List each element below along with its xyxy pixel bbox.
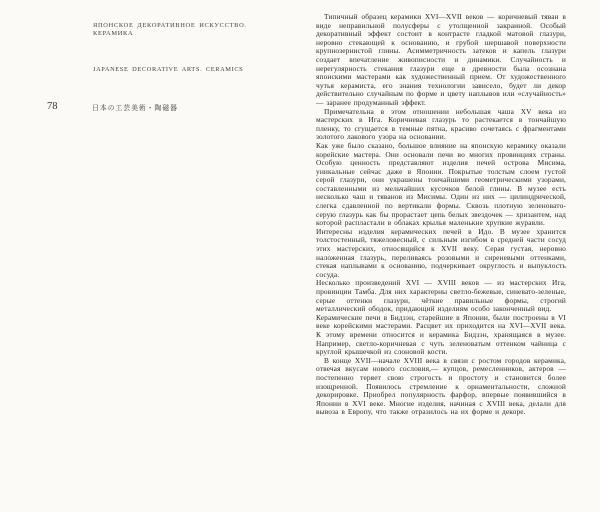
paragraph-6: Керамические печи в Бидзэн, старейшие в …: [316, 314, 566, 357]
book-spread: ЯПОНСКОЕ ДЕКОРАТИВНОЕ ИСКУССТВО. КЕРАМИК…: [0, 0, 600, 512]
paragraph-4: Интересны изделия керамических печей в И…: [316, 228, 566, 280]
chapter-title-english: JAPANESE DECORATIVE ARTS. CERAMICS: [93, 66, 273, 74]
paragraph-2: Примечательна в этом отношении небольшая…: [316, 108, 566, 142]
paragraph-7: В конце XVII—начале XVIII века в связи с…: [316, 357, 566, 417]
chapter-title-russian: ЯПОНСКОЕ ДЕКОРАТИВНОЕ ИСКУССТВО. КЕРАМИК…: [93, 22, 273, 38]
body-text-column: Типичный образец керамики XVI—XVII веков…: [316, 13, 566, 417]
paragraph-1: Типичный образец керамики XVI—XVII веков…: [316, 13, 566, 108]
paragraph-3: Как уже было сказано, большое влияние на…: [316, 142, 566, 228]
running-title-japanese: 日本の工芸美術・陶磁器: [92, 103, 178, 113]
paragraph-5: Несколько произведений XVI — XVIII веков…: [316, 279, 566, 313]
page-number: 78: [47, 101, 58, 112]
